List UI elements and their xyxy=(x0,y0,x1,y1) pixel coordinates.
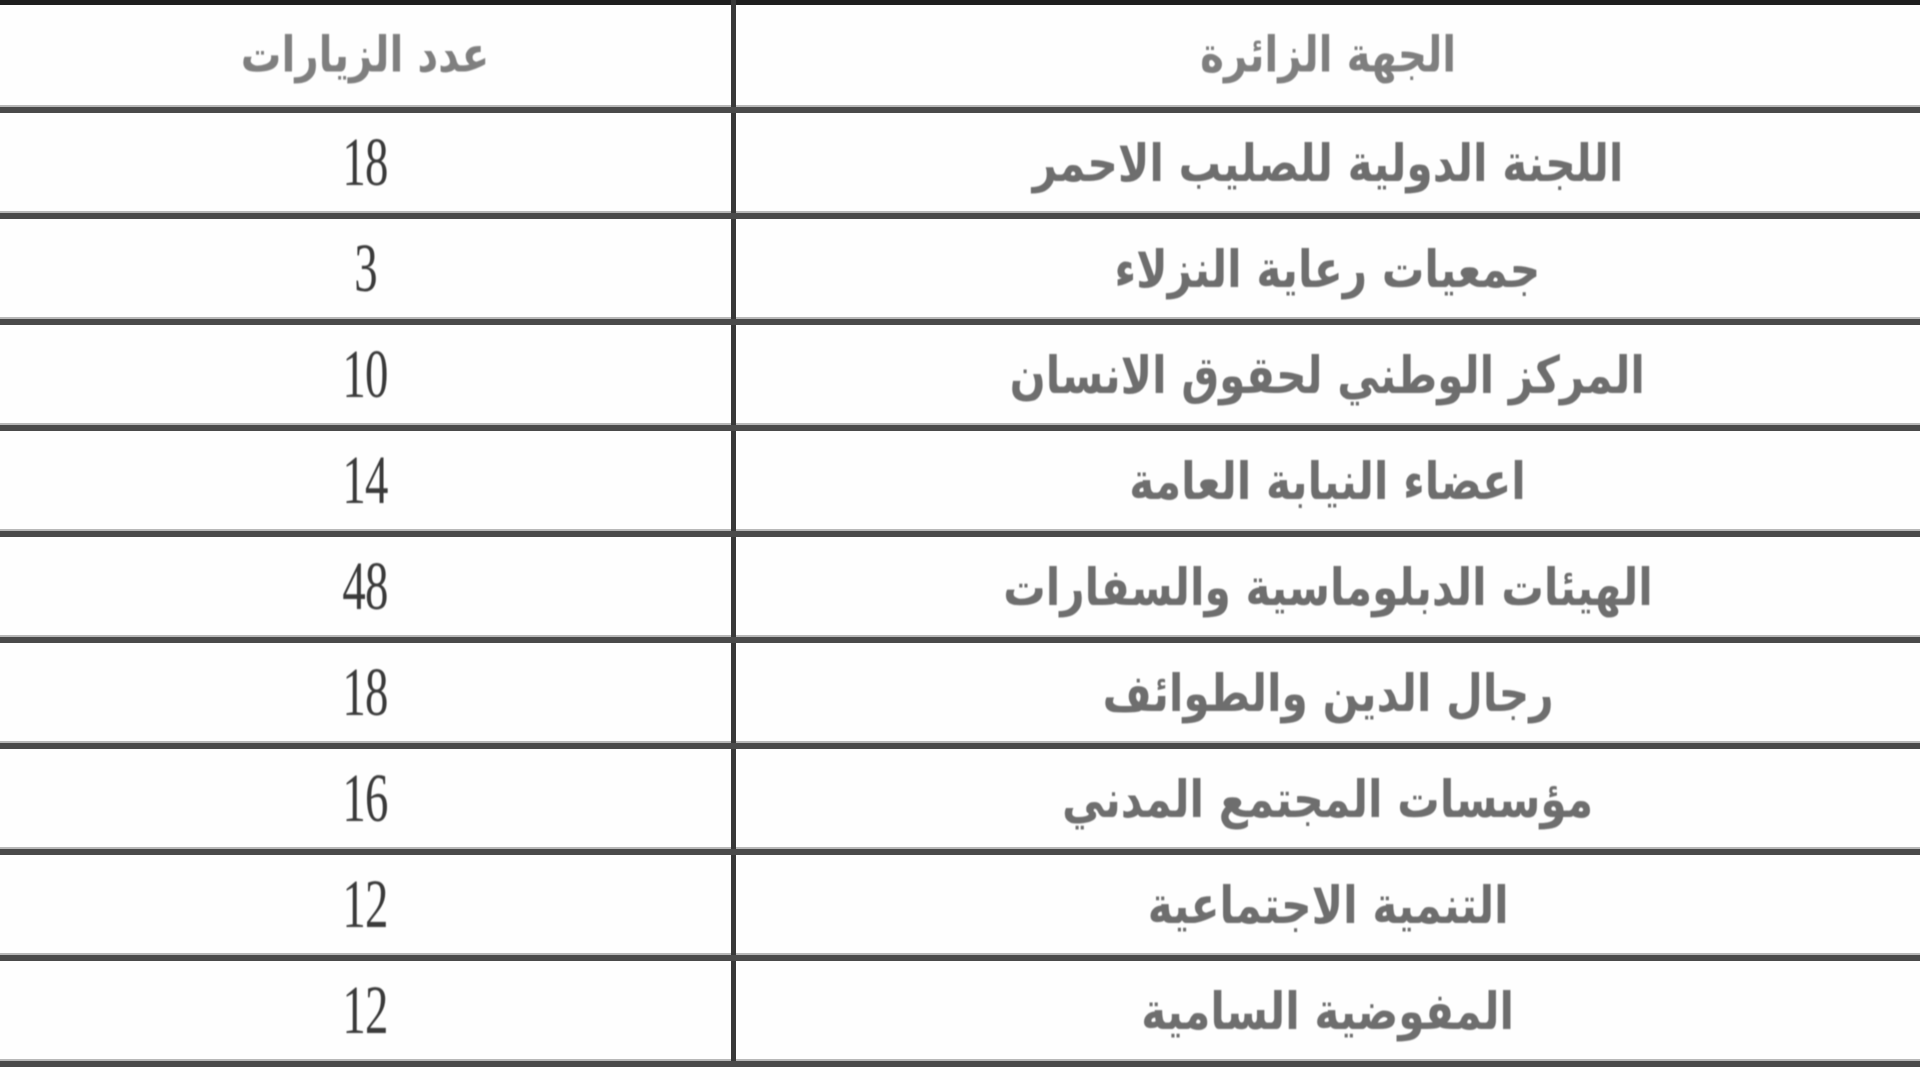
visits-count-cell: 10 xyxy=(0,322,733,428)
table-row: 18 رجال الدين والطوائف xyxy=(0,640,1920,746)
visitor-entity-cell: التنمية الاجتماعية xyxy=(733,852,1920,958)
visits-count: 3 xyxy=(354,229,377,308)
visitor-entity-cell: المفوضية السامية xyxy=(733,958,1920,1064)
visitor-entity-cell: مؤسسات المجتمع المدني xyxy=(733,746,1920,852)
visits-count: 18 xyxy=(343,123,388,202)
visits-count-cell: 14 xyxy=(0,428,733,534)
visits-count: 16 xyxy=(343,759,388,838)
visitor-entity: المفوضية السامية xyxy=(1141,980,1514,1040)
visitor-entity-cell: المركز الوطني لحقوق الانسان xyxy=(733,322,1920,428)
header-visits-count-label: عدد الزيارات xyxy=(241,27,489,84)
visits-count-cell: 18 xyxy=(0,110,733,216)
visits-count: 12 xyxy=(343,971,388,1050)
visits-count: 10 xyxy=(343,335,388,414)
table-row: 16 مؤسسات المجتمع المدني xyxy=(0,746,1920,852)
visitor-entity-cell: رجال الدين والطوائف xyxy=(733,640,1920,746)
visitor-entity: المركز الوطني لحقوق الانسان xyxy=(1010,344,1645,404)
visitor-entity: رجال الدين والطوائف xyxy=(1102,662,1553,722)
visits-count-cell: 18 xyxy=(0,640,733,746)
visitor-entity: التنمية الاجتماعية xyxy=(1147,874,1508,934)
visits-count-cell: 48 xyxy=(0,534,733,640)
table-row: 14 اعضاء النيابة العامة xyxy=(0,428,1920,534)
visits-table: عدد الزيارات الجهة الزائرة 18 اللجنة الد… xyxy=(0,0,1920,1067)
header-visits-count: عدد الزيارات xyxy=(0,3,733,110)
table-row: 3 جمعيات رعاية النزلاء xyxy=(0,216,1920,322)
header-visitor-entity: الجهة الزائرة xyxy=(733,3,1920,110)
visitor-entity-cell: الهيئات الدبلوماسية والسفارات xyxy=(733,534,1920,640)
visitor-entity-cell: اللجنة الدولية للصليب الاحمر xyxy=(733,110,1920,216)
visitor-entity-cell: اعضاء النيابة العامة xyxy=(733,428,1920,534)
visitor-entity: الهيئات الدبلوماسية والسفارات xyxy=(1003,556,1652,616)
visits-count-cell: 16 xyxy=(0,746,733,852)
visits-count-cell: 12 xyxy=(0,958,733,1064)
visits-count: 48 xyxy=(343,547,388,626)
document-page: عدد الزيارات الجهة الزائرة 18 اللجنة الد… xyxy=(0,0,1920,1080)
table-header-row: عدد الزيارات الجهة الزائرة xyxy=(0,3,1920,110)
visits-count: 12 xyxy=(343,865,388,944)
visitor-entity: جمعيات رعاية النزلاء xyxy=(1115,238,1541,298)
visits-count-cell: 3 xyxy=(0,216,733,322)
visitor-entity: اعضاء النيابة العامة xyxy=(1129,450,1526,510)
visitor-entity: مؤسسات المجتمع المدني xyxy=(1062,768,1593,828)
table-row: 12 المفوضية السامية xyxy=(0,958,1920,1064)
visits-count-cell: 12 xyxy=(0,852,733,958)
visitor-entity: اللجنة الدولية للصليب الاحمر xyxy=(1032,132,1623,192)
header-visitor-entity-label: الجهة الزائرة xyxy=(1200,27,1456,84)
visitor-entity-cell: جمعيات رعاية النزلاء xyxy=(733,216,1920,322)
table-row: 10 المركز الوطني لحقوق الانسان xyxy=(0,322,1920,428)
visits-count: 14 xyxy=(343,441,388,520)
table-row: 48 الهيئات الدبلوماسية والسفارات xyxy=(0,534,1920,640)
table-row: 12 التنمية الاجتماعية xyxy=(0,852,1920,958)
visits-count: 18 xyxy=(343,653,388,732)
table-row: 18 اللجنة الدولية للصليب الاحمر xyxy=(0,110,1920,216)
